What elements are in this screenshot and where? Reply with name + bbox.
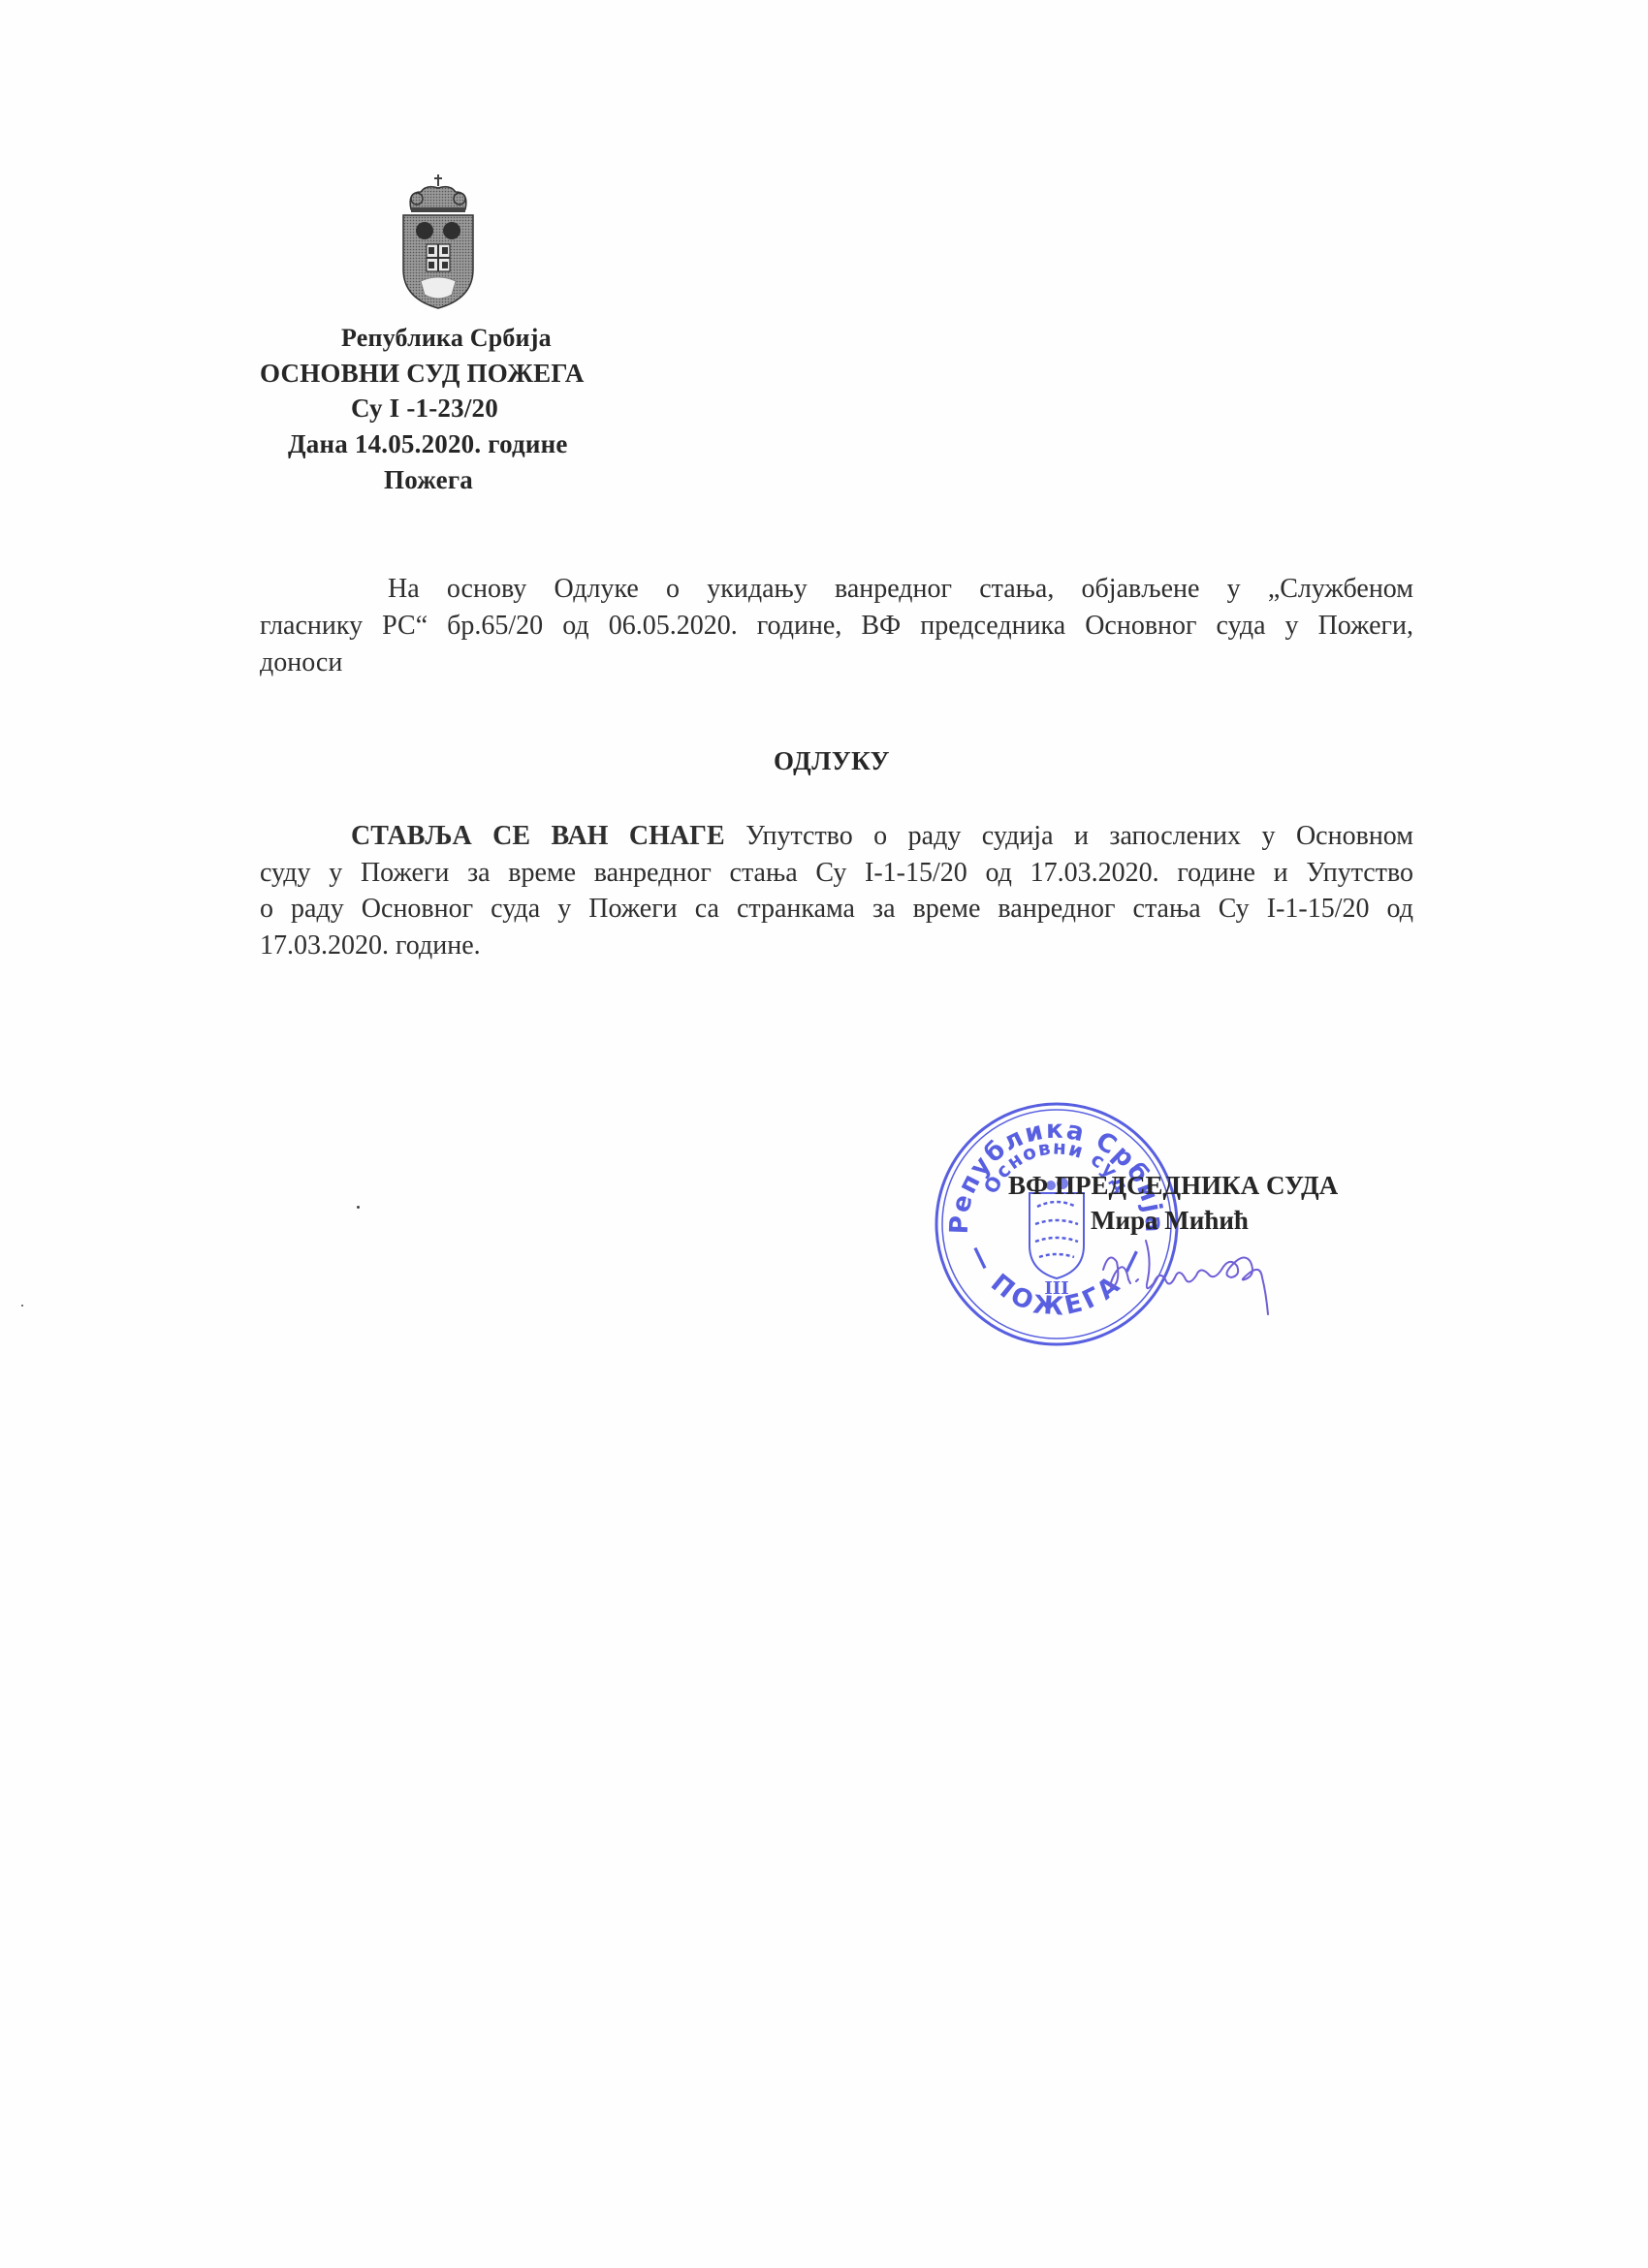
decision-title: ОДЛУКУ: [0, 746, 1648, 776]
decision-line: СТАВЉА СЕ ВАН СНАГЕ Упутство о раду суди…: [351, 821, 1413, 852]
header-country: Република Србија: [341, 324, 552, 353]
scan-speck: [357, 1206, 360, 1209]
scan-speck: [21, 1305, 23, 1307]
decision-line1-rest: Упутство о раду судија и запослених у Ос…: [745, 821, 1413, 851]
header-court-name: ОСНОВНИ СУД ПОЖЕГА: [260, 359, 585, 389]
decision-line: о раду Основног суда у Пожеги са странка…: [260, 894, 1413, 925]
decision-line: суду у Пожеги за време ванредног стања С…: [260, 858, 1413, 889]
svg-text:III: III: [1044, 1278, 1068, 1299]
header-city: Пожега: [384, 465, 473, 495]
header-date: Дана 14.05.2020. године: [288, 429, 568, 459]
serbia-coat-of-arms-icon: [397, 173, 479, 310]
preamble-line: доноси: [260, 647, 1413, 678]
document-page: Република Србија ОСНОВНИ СУД ПОЖЕГА Су I…: [0, 0, 1648, 2268]
decision-lead: СТАВЉА СЕ ВАН СНАГЕ: [351, 821, 725, 851]
decision-line: 17.03.2020. године.: [260, 930, 1413, 961]
handwritten-signature-icon: [1095, 1231, 1299, 1318]
preamble-line: гласнику РС“ бр.65/20 од 06.05.2020. год…: [260, 611, 1413, 642]
preamble-line: На основу Одлуке о укидању ванредног ста…: [388, 574, 1413, 605]
header-case-number: Су I -1-23/20: [351, 394, 498, 424]
signatory-title: ВФ ПРЕДСЕДНИКА СУДА: [1008, 1171, 1338, 1201]
